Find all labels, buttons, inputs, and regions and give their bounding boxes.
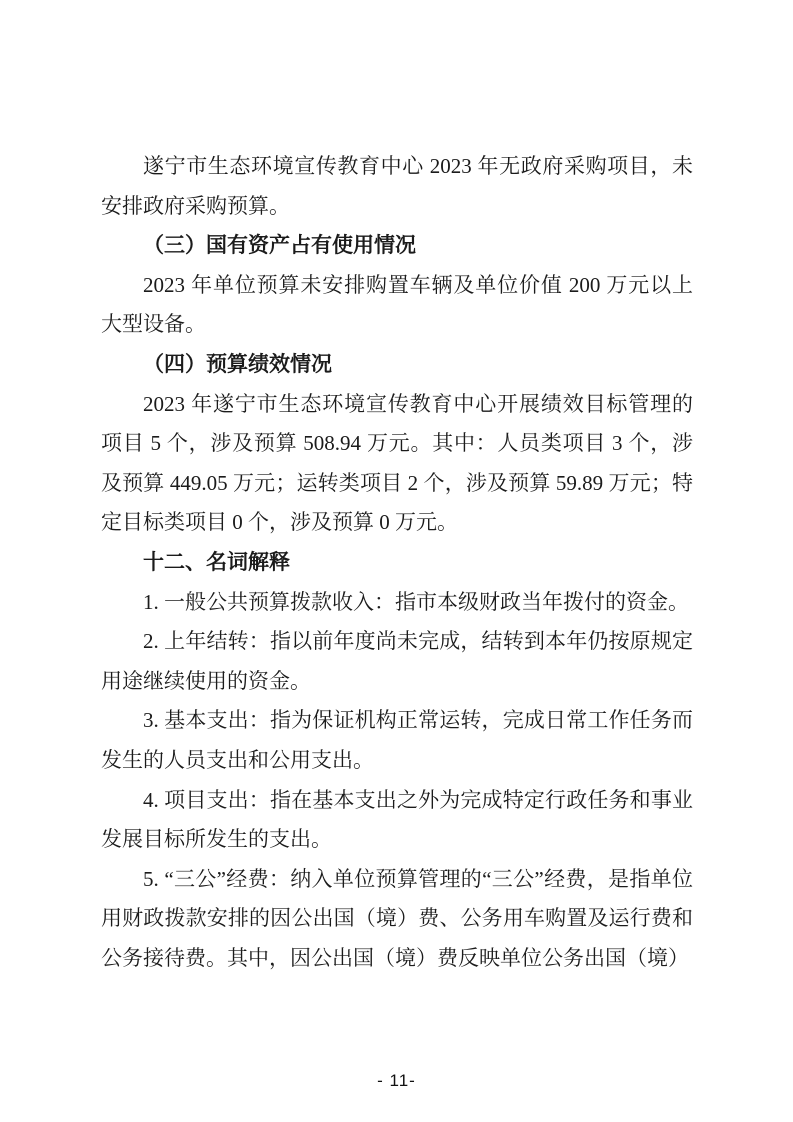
heading-state-assets: （三）国有资产占有使用情况 [101,226,693,266]
para-state-assets: 2023 年单位预算未安排购置车辆及单位价值 200 万元以上大型设备。 [101,266,693,345]
document-page: 遂宁市生态环境宣传教育中心 2023 年无政府采购项目，未安排政府采购预算。 （… [0,0,793,1122]
glossary-item-2: 2. 上年结转：指以前年度尚未完成，结转到本年仍按原规定用途继续使用的资金。 [101,622,693,701]
para-budget-performance: 2023 年遂宁市生态环境宣传教育中心开展绩效目标管理的项目 5 个，涉及预算 … [101,385,693,543]
glossary-item-5: 5. “三公”经费：纳入单位预算管理的“三公”经费，是指单位用财政拨款安排的因公… [101,860,693,979]
para-government-procurement: 遂宁市生态环境宣传教育中心 2023 年无政府采购项目，未安排政府采购预算。 [101,147,693,226]
heading-glossary: 十二、名词解释 [101,543,693,583]
document-body: 遂宁市生态环境宣传教育中心 2023 年无政府采购项目，未安排政府采购预算。 （… [101,147,693,978]
glossary-item-3: 3. 基本支出：指为保证机构正常运转，完成日常工作任务而发生的人员支出和公用支出… [101,701,693,780]
page-number: - 11- [0,1071,793,1091]
heading-budget-performance: （四）预算绩效情况 [101,345,693,385]
glossary-item-1: 1. 一般公共预算拨款收入：指市本级财政当年拨付的资金。 [101,583,693,623]
glossary-item-4: 4. 项目支出：指在基本支出之外为完成特定行政任务和事业发展目标所发生的支出。 [101,781,693,860]
